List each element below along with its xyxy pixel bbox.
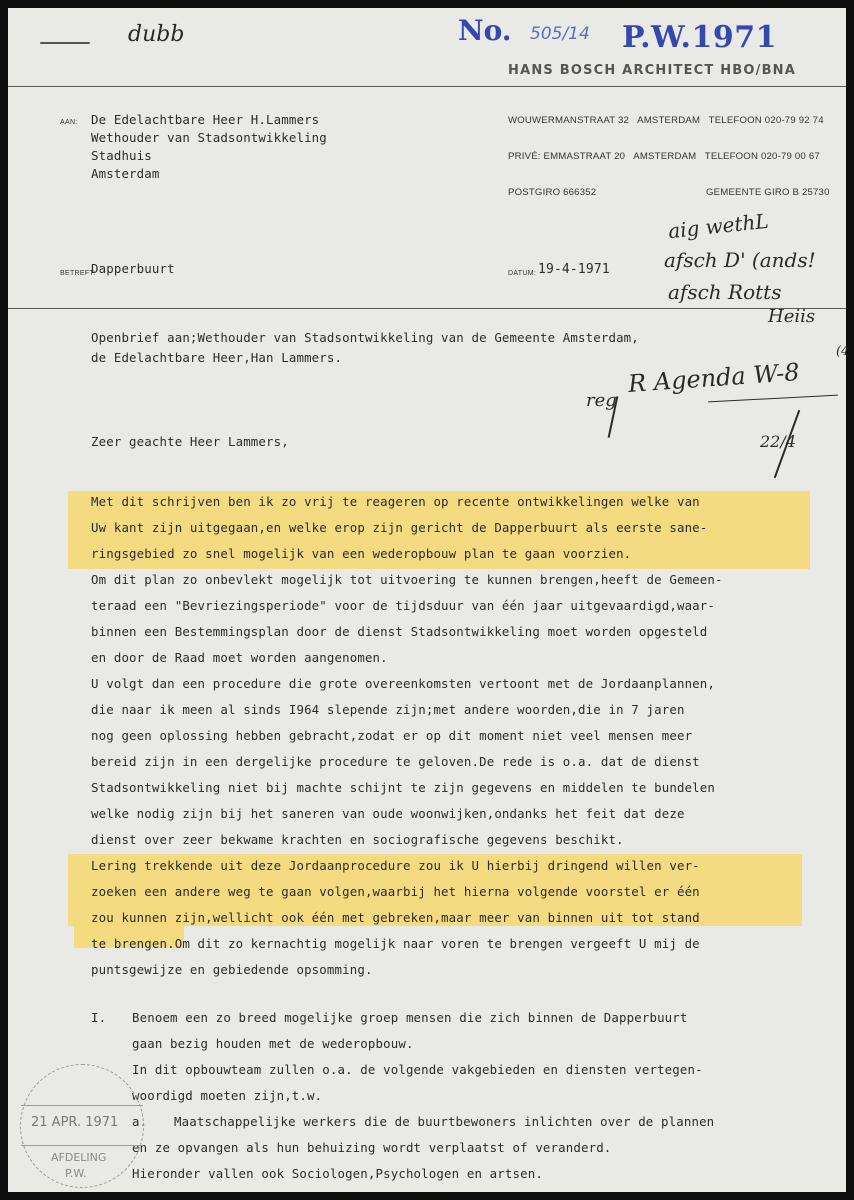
routing-line-4: Heiis xyxy=(768,306,815,327)
sub-list-line: Hieronder vallen ook Sociologen,Psycholo… xyxy=(132,1161,543,1187)
subject-value: Dapperbuurt xyxy=(91,261,175,276)
postgiro: POSTGIRO 666352 xyxy=(508,187,596,198)
body-line: te brengen.Om dit zo kernachtig mogelijk… xyxy=(91,931,700,957)
body-line: bereid zijn in een dergelijke procedure … xyxy=(91,749,700,775)
addressee-line-2: Wethouder van Stadsontwikkeling xyxy=(91,128,327,147)
opening-line-1: Openbrief aan;Wethouder van Stadsontwikk… xyxy=(91,330,639,345)
body-line: Uw kant zijn uitgegaan,en welke erop zij… xyxy=(91,515,707,541)
handwritten-dubb: dubb xyxy=(128,22,184,47)
list-item-line: In dit opbouwteam zullen o.a. de volgend… xyxy=(132,1057,703,1083)
private-address: PRIVÉ: EMMASTRAAT 20 AMSTERDAM TELEFOON … xyxy=(508,151,820,162)
body-line: puntsgewijze en gebiedende opsomming. xyxy=(91,957,373,983)
sub-list-line: Maatschappelijke werkers die de buurtbew… xyxy=(174,1109,714,1135)
received-stamp: 21 APR. 1971 AFDELING P.W. xyxy=(20,1064,144,1188)
body-line: nog geen oplossing hebben gebracht,zodat… xyxy=(91,723,692,749)
routing-line-1: aig wethL xyxy=(667,209,770,243)
header-divider xyxy=(8,308,846,309)
stamp-rule-top xyxy=(21,1105,143,1106)
agenda-annotation: R Agenda W-8 xyxy=(627,358,800,398)
gemeente-giro: GEMEENTE GIRO B 25730 xyxy=(706,187,830,198)
date-label: DATUM: xyxy=(508,270,536,277)
body-line: Stadsontwikkeling niet bij machte schijn… xyxy=(91,775,715,801)
addressee-label: AAN: xyxy=(60,119,78,126)
body-line: Om dit plan zo onbevlekt mogelijk tot ui… xyxy=(91,567,723,593)
registration-number: 505/14 xyxy=(530,24,590,44)
addressee-line-4: Amsterdam xyxy=(91,164,160,183)
opening-line-2: de Edelachtbare Heer,Han Lammers. xyxy=(91,350,342,365)
body-line: ringsgebied zo snel mogelijk van een wed… xyxy=(91,541,631,567)
list-item-line: Benoem een zo breed mogelijke groep mens… xyxy=(132,1005,688,1031)
sub-list-line: en ze opvangen als hun behuizing wordt v… xyxy=(132,1135,611,1161)
body-line: zou kunnen zijn,wellicht ook één met geb… xyxy=(91,905,700,931)
letterhead-name: HANS BOSCH ARCHITECT HBO/BNA xyxy=(508,63,796,78)
addressee-line-3: Stadhuis xyxy=(91,146,152,165)
routing-line-2: afsch D' (ands! xyxy=(664,248,816,272)
routing-line-3: afsch Rotts xyxy=(668,280,781,304)
stamp-date: 21 APR. 1971 xyxy=(31,1115,118,1130)
list-item-line: gaan bezig houden met de wederopbouw. xyxy=(132,1031,414,1057)
list-item-line: woordigd moeten zijn,t.w. xyxy=(132,1083,322,1109)
body-line: binnen een Bestemmingsplan door de diens… xyxy=(91,619,707,645)
body-line: die naar ik meen al sinds I964 slepende … xyxy=(91,697,685,723)
body-line: dienst over zeer bekwame krachten en soc… xyxy=(91,827,624,853)
body-line: U volgt dan een procedure die grote over… xyxy=(91,671,715,697)
agenda-underline xyxy=(708,395,838,403)
letterhead-divider xyxy=(8,86,846,87)
addressee-line-1: De Edelachtbare Heer H.Lammers xyxy=(91,110,319,129)
initial-annotation: reg xyxy=(586,390,617,411)
body-line: teraad een "Bevriezingsperiode" voor de … xyxy=(91,593,715,619)
stamp-rule-bottom xyxy=(21,1145,143,1146)
stamp-department-2: P.W. xyxy=(65,1167,87,1180)
body-line: Lering trekkende uit deze Jordaanprocedu… xyxy=(91,853,700,879)
agenda-suffix: (4 xyxy=(836,344,846,359)
salutation: Zeer geachte Heer Lammers, xyxy=(91,434,289,449)
department-stamp: P.W.1971 xyxy=(622,20,777,55)
office-address: WOUWERMANSTRAAT 32 AMSTERDAM TELEFOON 02… xyxy=(508,115,824,126)
letter-page: dubb No. 505/14 P.W.1971 HANS BOSCH ARCH… xyxy=(8,8,846,1192)
body-line: welke nodig zijn bij het saneren van oud… xyxy=(91,801,685,827)
body-line: zoeken een andere weg te gaan volgen,waa… xyxy=(91,879,700,905)
date-value: 19-4-1971 xyxy=(538,262,610,277)
list-marker: I. xyxy=(91,1005,106,1031)
stamp-department-1: AFDELING xyxy=(51,1151,106,1164)
body-line: en door de Raad moet worden aangenomen. xyxy=(91,645,388,671)
registration-prefix: No. xyxy=(458,14,512,47)
hole-punch-mark xyxy=(40,42,90,44)
body-line: Met dit schrijven ben ik zo vrij te reag… xyxy=(91,489,700,515)
